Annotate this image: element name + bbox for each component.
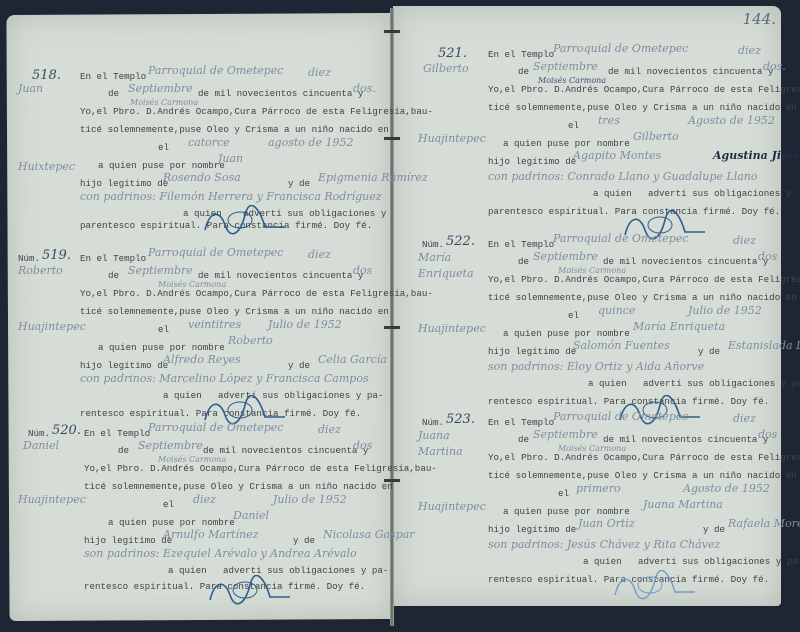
and-of: y de [293,535,315,546]
godparents: son padrinos: Ezequiel Arévalo y Andrea … [84,547,357,560]
year-suffix: dos. [353,82,376,95]
day: diez [308,66,331,79]
parents-label: hijo legítimo de [80,178,168,189]
obligations: advertí sus obligaciones y [648,188,791,199]
rite-line: ticé solemnemente,puse Oleo y Crisma a u… [488,292,797,303]
month-prefix: de [518,434,529,445]
place-label: En el Templo [80,253,146,264]
rite-line: ticé solemnemente,puse Oleo y Crisma a u… [80,306,389,317]
godparents: con padrinos: Marcelino López y Francisc… [80,372,369,385]
year-text: de mil novecientos cincuenta y [203,445,368,456]
born-on: el [568,310,579,321]
mother: Rafaela Moreno [728,517,800,530]
mother: Epigmenia Ramírez [318,171,428,184]
day: diez [318,423,341,436]
father: Juan Ortiz [578,517,635,530]
baptism-entry-522: Núm. 522. En el Templo Parroquial de Ome… [418,236,788,406]
rite-line: ticé solemnemente,puse Oleo y Crisma a u… [488,470,797,481]
birth-month-year: Julio de 1952 [688,304,762,317]
priest-line: Yo,el Pbro. D.Andrés Ocampo,Cura Párroco… [80,288,433,299]
birth-month-year: agosto de 1952 [268,136,353,149]
margin-name: María Enriqueta [418,250,478,282]
priest-line: Yo,el Pbro. D.Andrés Ocampo,Cura Párroco… [488,274,800,285]
birth-day: veintitres [188,318,241,331]
margin-place: Huajintepec [18,493,86,506]
obligations: advertí sus obligaciones y pa- [638,556,800,567]
mother: Agustina Jiménez [713,149,800,162]
margin-name: Juan [18,82,43,95]
entry-number: 520. [52,423,81,438]
name-line: a quien puse por nombre [98,160,225,171]
day: diez [308,248,331,261]
num-label: Núm. [28,428,50,439]
name-line: a quien puse por nombre [108,517,235,528]
entry-number: 521. [438,46,467,61]
month-prefix: de [518,256,529,267]
margin-name: Daniel [23,439,59,452]
born-on: el [558,488,569,499]
child-name: Gilberto [633,130,679,143]
father: Arnulfo Martínez [163,528,259,541]
binding-stitch [384,30,400,33]
place-label: En el Templo [80,71,146,82]
entry-number: 518. [32,68,61,83]
month: Septiembre [138,439,203,452]
child-name: María Enriqueta [633,320,725,333]
year-text: de mil novecientos cincuenta y [198,88,363,99]
baptism-entry-519: Núm. 519. En el Templo Parroquial de Ome… [18,250,378,400]
margin-place: Huixtepec [18,160,75,173]
obligations: advertí sus obligaciones y pa- [643,378,800,389]
month: Septiembre [128,82,193,95]
child-name: Juan [218,152,243,165]
and-of: y de [288,178,310,189]
year-text: de mil novecientos cincuenta y [608,66,773,77]
year-suffix: dos [353,439,372,452]
day: diez [733,412,756,425]
name-line: a quien puse por nombre [503,328,630,339]
num-label: Núm. [422,239,444,250]
priest-signature [610,570,700,604]
father: Alfredo Reyes [163,353,241,366]
binding-stitch [384,326,400,329]
godparents: son padrinos: Jesús Chávez y Rita Chávez [488,538,720,551]
church-name: Parroquial de Ometepec [148,421,283,434]
child-name: Daniel [233,509,269,522]
mother: Estanislada López [728,339,800,352]
month: Septiembre [533,428,598,441]
child-name: Roberto [228,334,273,347]
child-name: Juana Martina [643,498,723,511]
month-prefix: de [108,88,119,99]
place-label: En el Templo [84,428,150,439]
born-on: el [163,499,174,510]
church-name: Parroquial de Ometepec [553,42,688,55]
year-suffix: dos. [763,60,786,73]
name-line: a quien puse por nombre [503,138,630,149]
parents-label: hijo legítimo de [488,346,576,357]
place-label: En el Templo [488,239,554,250]
name-line: a quien puse por nombre [98,342,225,353]
and-of: y de [703,524,725,535]
father: Rosendo Sosa [163,171,241,184]
birth-month-year: Julio de 1952 [268,318,342,331]
margin-name: Roberto [18,264,63,277]
margin-place: Huajintepec [418,322,486,335]
baptism-entry-520: Núm. 520. En el Templo Parroquial de Ome… [18,425,378,575]
parents-label: hijo legítimo de [488,524,576,535]
church-name: Parroquial de Ometepec [553,410,688,423]
birth-month-year: Julio de 1952 [273,493,347,506]
priest-signature [200,205,290,239]
baptism-entry-523: Núm. 523. En el Templo Parroquial de Ome… [418,414,788,584]
year-suffix: dos [353,264,372,277]
godparents: con padrinos: Filemón Herrera y Francisc… [80,190,382,203]
baptism-entry-521: 521. En el Templo Parroquial de Ometepec… [418,46,788,216]
warned: a quien [163,390,202,401]
num-label: Núm. [422,417,444,428]
church-name: Parroquial de Ometepec [553,232,688,245]
priest-signature [205,575,295,609]
godparents: son padrinos: Eloy Ortiz y Aida Añorve [488,360,704,373]
priest-line: Yo,el Pbro. D.Andrés Ocampo,Cura Párroco… [80,106,433,117]
warned: a quien [593,188,632,199]
godparents: con padrinos: Conrado Llano y Guadalupe … [488,170,758,183]
month: Septiembre [128,264,193,277]
birth-day: primero [576,482,621,495]
entry-number: 519. [42,248,71,263]
year-text: de mil novecientos cincuenta y [603,434,768,445]
year-text: de mil novecientos cincuenta y [603,256,768,267]
margin-place: Huajintepec [418,500,486,513]
month-prefix: de [518,66,529,77]
year-suffix: dos [758,250,777,263]
parents-label: hijo legítimo de [488,156,576,167]
warned: a quien [588,378,627,389]
birth-day: catorce [188,136,230,149]
entry-number: 522. [446,234,475,249]
priest-line: Yo,el Pbro. D.Andrés Ocampo,Cura Párroco… [84,463,437,474]
mother: Nicolasa Gaspar [323,528,415,541]
day: diez [738,44,761,57]
binding-stitch [384,137,400,140]
father: Agapito Montes [573,149,661,162]
name-line: a quien puse por nombre [503,506,630,517]
month: Septiembre [533,250,598,263]
born-on: el [158,324,169,335]
birth-day: diez [193,493,216,506]
day: diez [733,234,756,247]
parents-label: hijo legítimo de [80,360,168,371]
church-name: Parroquial de Ometepec [148,64,283,77]
month-prefix: de [108,270,119,281]
and-of: y de [698,346,720,357]
margin-place: Huajintepec [418,132,486,145]
num-label: Núm. [18,253,40,264]
warned: a quien [168,565,207,576]
margin-name: Gilberto [423,62,469,75]
birth-month-year: Agosto de 1952 [688,114,775,127]
church-name: Parroquial de Ometepec [148,246,283,259]
rite-line: ticé solemnemente,puse Oleo y Crisma a u… [80,124,389,135]
born-on: el [158,142,169,153]
and-of: y de [288,360,310,371]
month: Septiembre [533,60,598,73]
parents-label: hijo legítimo de [84,535,172,546]
year-suffix: dos [758,428,777,441]
margin-name: Juana Martina [418,428,478,460]
folio-number: 144. [743,10,776,28]
margin-place: Huajintepec [18,320,86,333]
father: Salomón Fuentes [573,339,670,352]
place-label: En el Templo [488,417,554,428]
birth-day: tres [598,114,620,127]
warned: a quien [583,556,622,567]
priest-line: Yo,el Pbro. D.Andrés Ocampo,Cura Párroco… [488,452,800,463]
birth-day: quince [598,304,635,317]
place-label: En el Templo [488,49,554,60]
rite-line: ticé solemnemente,puse Oleo y Crisma a u… [488,102,797,113]
born-on: el [568,120,579,131]
rite-line: ticé solemnemente,puse Oleo y Crisma a u… [84,481,393,492]
birth-month-year: Agosto de 1952 [683,482,770,495]
mother: Celia García [318,353,387,366]
entry-number: 523. [446,412,475,427]
baptism-entry-518: 518. En el Templo Parroquial de Ometepec… [18,68,378,218]
month-prefix: de [118,445,129,456]
priest-line: Yo,el Pbro. D.Andrés Ocampo,Cura Párroco… [488,84,800,95]
